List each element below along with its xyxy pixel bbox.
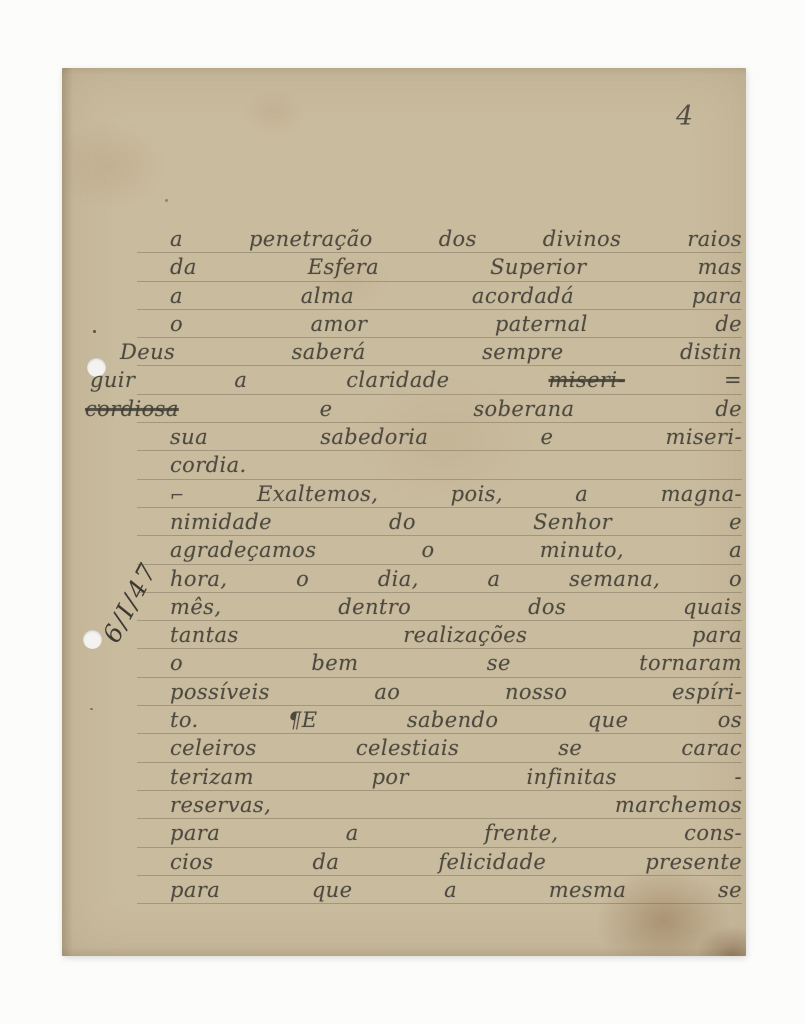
struck-text: miseri- <box>548 368 625 392</box>
manuscript-line-19: celeiros celestiais se carac <box>137 734 742 762</box>
manuscript-line-9: cordia. <box>137 451 742 479</box>
handwritten-text: reservas, marchemos <box>170 793 742 817</box>
struck-text: cordiosa <box>85 397 179 421</box>
manuscript-line-24: para que a mesma se <box>137 876 742 904</box>
handwritten-text: sua sabedoria e miseri- <box>170 425 742 449</box>
manuscript-line-22: para a frente, cons- <box>137 819 742 847</box>
handwritten-text: agradeçamos o minuto, a <box>170 538 742 562</box>
manuscript-line-4: o amor paternal de <box>137 310 742 338</box>
paper-speck <box>90 708 93 710</box>
manuscript-line-23: cios da felicidade presente <box>137 848 742 876</box>
handwritten-text: o bem se tornaram <box>170 651 742 675</box>
manuscript-line-1: a penetração dos divinos raios <box>137 225 742 253</box>
manuscript-line-5: Deus saberá sempre distin <box>137 338 742 366</box>
handwritten-text: o amor paternal de <box>170 312 742 336</box>
manuscript-line-2: da Esfera Superior mas <box>137 253 742 281</box>
manuscript-line-18: to. ¶E sabendo que os <box>137 706 742 734</box>
handwritten-text: = <box>724 368 742 392</box>
handwritten-text: possíveis ao nosso espíri- <box>170 680 742 704</box>
manuscript-line-6: guir a claridade miseri- = <box>137 366 742 394</box>
handwritten-text: nimidade do Senhor e <box>170 510 742 534</box>
handwritten-text: tantas realizações para <box>170 623 742 647</box>
manuscript-line-8: sua sabedoria e miseri- <box>137 423 742 451</box>
handwritten-text: Deus saberá sempre distin <box>120 340 742 364</box>
manuscript-line-21: reservas, marchemos <box>137 791 742 819</box>
handwritten-text: guir a claridade <box>90 368 449 392</box>
manuscript-line-17: possíveis ao nosso espíri- <box>137 678 742 706</box>
paper-speck <box>93 330 96 333</box>
handwritten-text: cios da felicidade presente <box>170 850 742 874</box>
insertion-mark: ⌐ <box>170 486 185 506</box>
manuscript-line-3: a alma acordadá para <box>137 282 742 310</box>
handwritten-text: para a frente, cons- <box>170 821 742 845</box>
hole-punch-bottom <box>83 630 102 649</box>
handwritten-text: terizam por infinitas - <box>170 765 742 789</box>
handwritten-text: para que a mesma se <box>170 878 742 902</box>
handwritten-text: mês, dentro dos quais <box>170 595 742 619</box>
scan-background: 4 6/I/47 a penetração dos divinos raios … <box>0 0 806 1024</box>
handwritten-text: hora, o dia, a semana, o <box>170 567 742 591</box>
handwriting-block: a penetração dos divinos raios da Esfera… <box>137 225 742 904</box>
manuscript-line-13: hora, o dia, a semana, o <box>137 565 742 593</box>
handwritten-text: da Esfera Superior mas <box>170 255 742 279</box>
handwritten-text: a penetração dos divinos raios <box>170 227 742 251</box>
handwritten-text: Exaltemos, pois, a magna- <box>257 482 742 506</box>
manuscript-line-14: mês, dentro dos quais <box>137 593 742 621</box>
manuscript-line-7: cordiosa e soberana de <box>137 395 742 423</box>
handwritten-text: cordia. <box>170 453 247 477</box>
page-number: 4 <box>676 101 693 132</box>
handwritten-text: a alma acordadá para <box>170 284 742 308</box>
manuscript-line-11: nimidade do Senhor e <box>137 508 742 536</box>
handwritten-text: to. ¶E sabendo que os <box>170 708 742 732</box>
handwritten-text: celeiros celestiais se carac <box>170 736 742 760</box>
manuscript-line-15: tantas realizações para <box>137 621 742 649</box>
handwritten-text: e soberana de <box>320 397 742 421</box>
paper-speck <box>165 199 168 202</box>
manuscript-page: 4 6/I/47 a penetração dos divinos raios … <box>62 68 746 956</box>
manuscript-line-20: terizam por infinitas - <box>137 763 742 791</box>
manuscript-line-12: agradeçamos o minuto, a <box>137 536 742 564</box>
manuscript-line-10: ⌐ Exaltemos, pois, a magna- <box>137 480 742 508</box>
manuscript-line-16: o bem se tornaram <box>137 649 742 677</box>
